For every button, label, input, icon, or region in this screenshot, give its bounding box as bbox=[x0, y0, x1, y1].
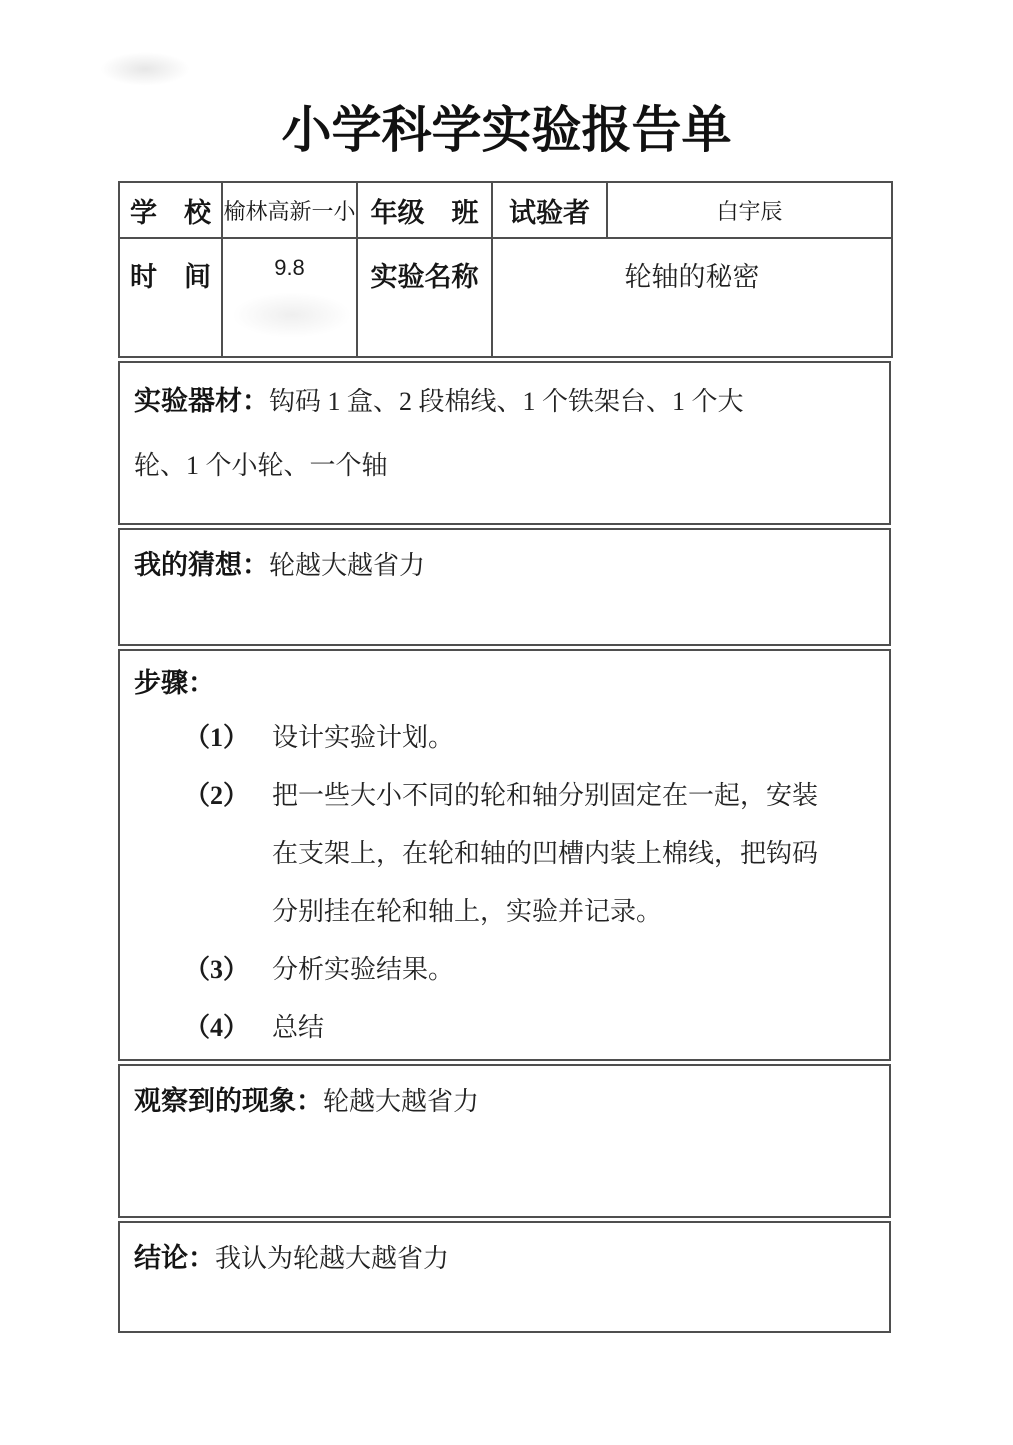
section-hypothesis: 我的猜想：轮越大越省力 bbox=[118, 528, 891, 646]
conclusion-label: 结论： bbox=[134, 1243, 215, 1273]
section-steps: 步骤： （1） 设计实验计划。 （2） 把一些大小不同的轮和轴分别固定在一起，安… bbox=[118, 649, 891, 1061]
grade-class-label: 年级 班 bbox=[357, 182, 492, 238]
section-materials: 实验器材：钩码 1 盒、2 段棉线、1 个铁架台、1 个大轮、1 个小轮、一个轴 bbox=[118, 361, 891, 525]
step-text: 总结 bbox=[272, 999, 324, 1057]
tester-label: 试验者 bbox=[492, 182, 607, 238]
step-text: 分析实验结果。 bbox=[272, 941, 454, 999]
conclusion-value: 我认为轮越大越省力 bbox=[215, 1244, 449, 1273]
steps-label: 步骤： bbox=[134, 657, 875, 709]
info-table: 学 校 榆林高新一小 年级 班 试验者 白宇辰 时 间 9.8 实验名称 轮轴的… bbox=[118, 181, 893, 358]
step-number: （3） bbox=[184, 941, 272, 999]
experiment-name-value: 轮轴的秘密 bbox=[492, 238, 892, 357]
info-table-row-2: 时 间 9.8 实验名称 轮轴的秘密 bbox=[119, 238, 892, 357]
materials-label: 实验器材： bbox=[134, 386, 269, 416]
observation-label: 观察到的现象： bbox=[134, 1086, 323, 1116]
step-text: 设计实验计划。 bbox=[272, 709, 454, 767]
tester-value: 白宇辰 bbox=[607, 182, 892, 238]
section-observation: 观察到的现象：轮越大越省力 bbox=[118, 1064, 891, 1218]
page-title: 小学科学实验报告单 bbox=[0, 98, 1013, 162]
step-text: 把一些大小不同的轮和轴分别固定在一起，安装在支架上，在轮和轴的凹槽内装上棉线，把… bbox=[272, 767, 832, 941]
steps-list: （1） 设计实验计划。 （2） 把一些大小不同的轮和轴分别固定在一起，安装在支架… bbox=[134, 709, 875, 1057]
step-item-3: （3） 分析实验结果。 bbox=[184, 941, 875, 999]
scan-artifact bbox=[100, 52, 190, 86]
step-item-1: （1） 设计实验计划。 bbox=[184, 709, 875, 767]
step-item-4: （4） 总结 bbox=[184, 999, 875, 1057]
info-table-row-1: 学 校 榆林高新一小 年级 班 试验者 白宇辰 bbox=[119, 182, 892, 238]
step-item-2: （2） 把一些大小不同的轮和轴分别固定在一起，安装在支架上，在轮和轴的凹槽内装上… bbox=[184, 767, 875, 941]
time-label: 时 间 bbox=[119, 238, 222, 357]
hypothesis-value: 轮越大越省力 bbox=[269, 551, 425, 580]
step-number: （1） bbox=[184, 709, 272, 767]
section-conclusion: 结论：我认为轮越大越省力 bbox=[118, 1221, 891, 1333]
step-number: （2） bbox=[184, 767, 272, 825]
observation-value: 轮越大越省力 bbox=[323, 1087, 479, 1116]
experiment-name-label: 实验名称 bbox=[357, 238, 492, 357]
school-label: 学 校 bbox=[119, 182, 222, 238]
report-body: 学 校 榆林高新一小 年级 班 试验者 白宇辰 时 间 9.8 实验名称 轮轴的… bbox=[118, 181, 891, 1333]
time-value: 9.8 bbox=[222, 238, 357, 357]
hypothesis-label: 我的猜想： bbox=[134, 550, 269, 580]
school-value: 榆林高新一小 bbox=[222, 182, 357, 238]
report-page: 小学科学实验报告单 学 校 榆林高新一小 年级 班 试验者 白宇辰 时 间 9.… bbox=[0, 0, 1013, 1445]
step-number: （4） bbox=[184, 999, 272, 1057]
